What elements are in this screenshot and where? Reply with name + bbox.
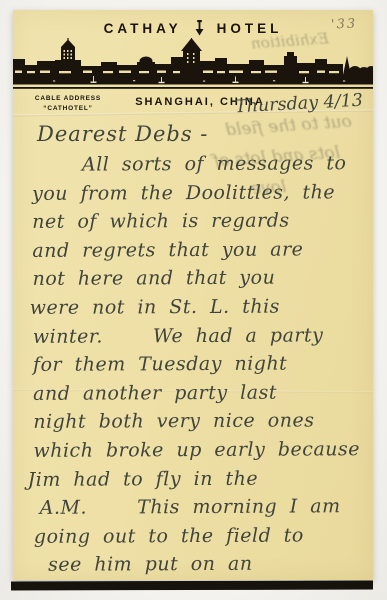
letter-line: A.M. This morning I am bbox=[40, 492, 368, 522]
letter-line: Jim had to fly in the bbox=[28, 464, 368, 494]
letter-line: were not in St. L. this bbox=[30, 292, 367, 322]
down-arrow-icon bbox=[194, 20, 205, 36]
letter-line: All sorts of messages to bbox=[82, 149, 366, 179]
photo-background: Exhibitionout to the fieldlots and lots … bbox=[0, 0, 387, 600]
letter-line: and regrets that you are bbox=[32, 235, 366, 265]
letter-line: see him put on an bbox=[48, 549, 368, 579]
shanghai-bund-skyline-illustration bbox=[13, 38, 373, 90]
scan-edge-strip bbox=[11, 581, 373, 591]
handwritten-date: Thursday 4/13 bbox=[235, 91, 364, 118]
letter-line: not here and that you bbox=[32, 264, 366, 294]
letter-line: night both very nice ones bbox=[33, 406, 367, 436]
letter-paper: Exhibitionout to the fieldlots and lots … bbox=[13, 10, 373, 580]
letter-line: you from the Doolittles, the bbox=[32, 178, 366, 208]
letter-line: and another party last bbox=[33, 378, 367, 408]
letter-line: going out to the field to bbox=[34, 521, 368, 551]
letter-line: net of which is regards bbox=[32, 206, 366, 236]
letter-line: for them Tuesday night bbox=[33, 349, 367, 379]
salutation: Dearest Debs - bbox=[37, 122, 208, 146]
letter-line: which broke up early because bbox=[33, 435, 367, 465]
letter-line: winter. We had a party bbox=[33, 321, 367, 351]
hotel-name-right: HOTEL bbox=[217, 21, 283, 36]
hotel-name-left: CATHAY bbox=[104, 21, 182, 36]
letter-body: All sorts of messages toyou from the Doo… bbox=[32, 149, 368, 580]
hotel-name: CATHAY HOTEL bbox=[13, 20, 373, 36]
